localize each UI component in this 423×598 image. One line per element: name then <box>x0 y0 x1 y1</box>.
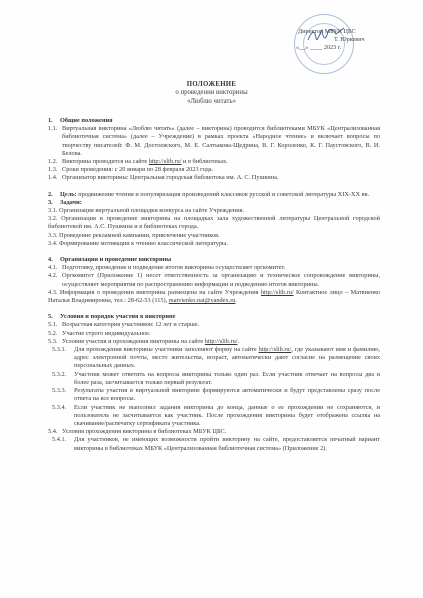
item-5-1: 5.1. Возрастная категория участников: 12… <box>48 321 380 329</box>
approval-block: Директор МБУК ЦБС Т. Юркевич «__» ____ 2… <box>296 28 406 52</box>
item-4-2: 4.2. Оргкомитет (Приложение 1) несет отв… <box>48 272 380 288</box>
approval-signer: Т. Юркевич <box>296 36 406 44</box>
item-5-3-2: 5.3.2. Участник может ответить на вопрос… <box>52 371 380 387</box>
item-1-2: 1.2. Викторина проводится на сайте http:… <box>48 158 380 166</box>
goal-label: Цель: <box>60 191 77 198</box>
document-body: 1. Общие положения 1.1. Виртуальная викт… <box>48 117 380 453</box>
item-5-3-3: 5.3.3. Результаты участия в виртуальной … <box>52 387 380 403</box>
item-5-4-1: 5.4.1. Для участников, не имеющих возмож… <box>52 436 380 452</box>
item-5-4: 5.4. Условия прохождения викторины в биб… <box>48 428 380 436</box>
section-2-goal: 2. Цель: продвижение чтения и популяриза… <box>48 191 380 199</box>
document-title: ПОЛОЖЕНИЕ о проведении викторины «Люблю … <box>0 80 423 106</box>
item-5-3: 5.3. Условия участия и прохождения викто… <box>48 338 380 346</box>
title-name: «Люблю читать» <box>0 98 423 107</box>
item-1-1: 1.1. Виртуальная викторина «Люблю читать… <box>48 125 380 158</box>
item-1-3: 1.3. Сроки проведения: с 20 января по 28… <box>48 166 380 174</box>
item-4-1: 4.1. Подготовку, проведение и подведение… <box>48 264 380 272</box>
item-3-2: 3.2. Организация и проведение викторины … <box>48 215 380 231</box>
item-1-4: 1.4. Организатор викторины: Центральная … <box>48 174 380 182</box>
site-link[interactable]: http://slib.ru/ <box>205 338 238 345</box>
approval-position: Директор МБУК ЦБС <box>296 28 406 36</box>
site-link[interactable]: http://slib.ru/ <box>149 158 182 165</box>
approval-date: «__» ____ 2023 г. <box>296 44 406 52</box>
title-subtitle: о проведении викторины <box>0 89 423 98</box>
section-1-heading: 1. Общие положения <box>48 117 380 125</box>
item-3-4: 3.4. Формирование мотивации к чтению кла… <box>48 240 380 248</box>
item-4-3: 4.3. Информация о проведении викторины р… <box>48 289 380 305</box>
item-5-3-1: 5.3.1. Для прохождения викторины участни… <box>52 346 380 371</box>
item-3-1: 3.1. Организация виртуальной площадки ко… <box>48 207 380 215</box>
site-link[interactable]: http://slib.ru/ <box>261 289 294 296</box>
section-3-heading: 3. Задачи: <box>48 199 380 207</box>
item-3-3: 3.3. Проведение рекламной кампании, прив… <box>48 232 380 240</box>
title-heading: ПОЛОЖЕНИЕ <box>0 80 423 89</box>
item-5-3-4: 5.3.4. Если участник не выполнил задания… <box>52 404 380 429</box>
site-link[interactable]: http://slib.ru/ <box>259 346 292 353</box>
section-4-heading: 4. Организация и проведение викторины <box>48 256 380 264</box>
item-5-2: 5.2. Участие строго индивидуальное. <box>48 330 380 338</box>
document-page: Директор МБУК ЦБС Т. Юркевич «__» ____ 2… <box>0 0 423 598</box>
section-5-heading: 5. Условия и порядок участия в викторине <box>48 313 380 321</box>
contact-email-link[interactable]: matvienko.nat@yandex.ru <box>169 297 236 304</box>
